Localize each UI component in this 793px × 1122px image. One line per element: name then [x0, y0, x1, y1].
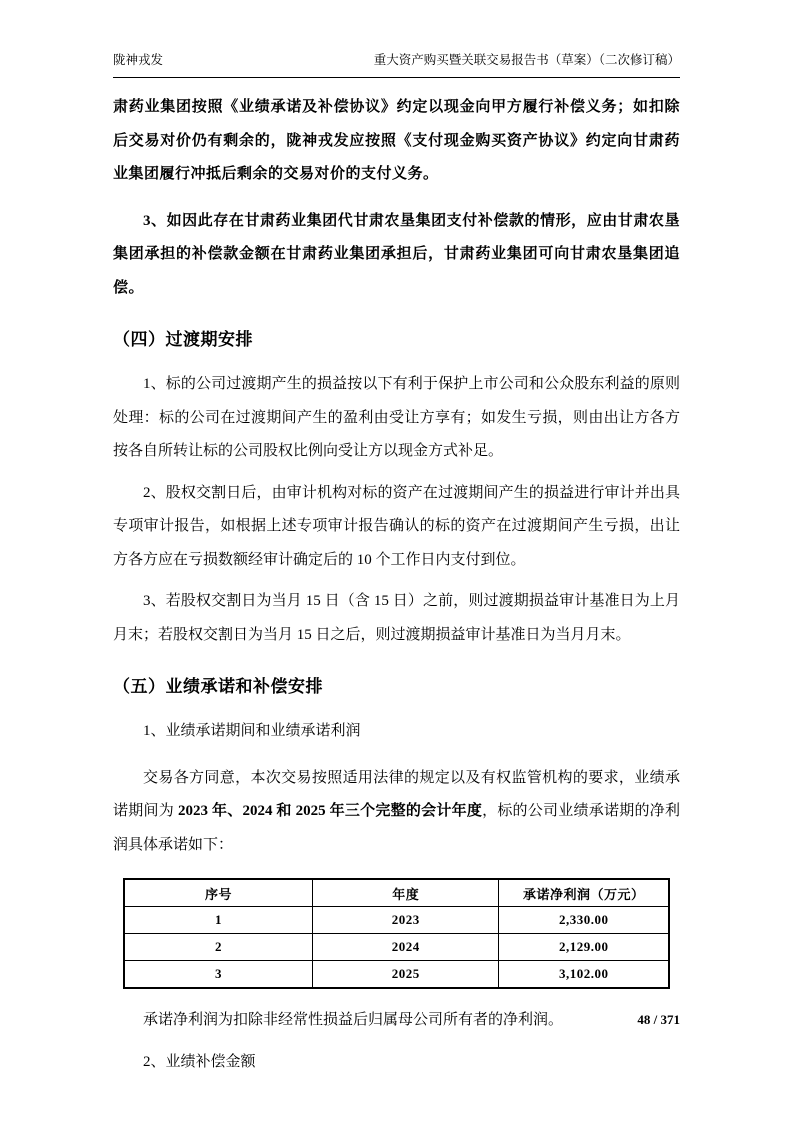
column-header-year: 年度 [313, 879, 499, 907]
section4-paragraph-2: 2、股权交割日后，由审计机构对标的资产在过渡期间产生的损益进行审计并出具专项审计… [113, 477, 680, 578]
carryover-paragraph: 肃药业集团按照《业绩承诺及补偿协议》约定以现金向甲方履行补偿义务；如扣除后交易对… [113, 91, 680, 192]
section5-paragraph-1-bold-span: 2023 年、2024 和 2025 年三个完整的会计年度 [178, 803, 482, 819]
table-row: 3 2025 3,102.00 [124, 961, 669, 989]
cell-seq: 3 [124, 961, 313, 989]
cell-profit: 2,330.00 [499, 907, 669, 934]
header-right-title: 重大资产购买暨关联交易报告书（草案）（二次修订稿） [374, 52, 680, 68]
section4-paragraph-1: 1、标的公司过渡期产生的损益按以下有利于保护上市公司和公众股东利益的原则处理：标… [113, 368, 680, 469]
item3-paragraph: 3、如因此存在甘肃药业集团代甘肃农垦集团支付补偿款的情形，应由甘肃农垦集团承担的… [113, 205, 680, 306]
cell-seq: 2 [124, 934, 313, 961]
section-4-heading: （四）过渡期安排 [113, 328, 680, 352]
section5-subitem-2: 2、业绩补偿金额 [113, 1046, 680, 1080]
cell-seq: 1 [124, 907, 313, 934]
table-row: 2 2024 2,129.00 [124, 934, 669, 961]
table-row: 1 2023 2,330.00 [124, 907, 669, 934]
section5-paragraph-1: 交易各方同意，本次交易按照适用法律的规定以及有权监管机构的要求，业绩承诺期间为 … [113, 762, 680, 863]
section5-subitem-1: 1、业绩承诺期间和业绩承诺利润 [113, 715, 680, 749]
header-left-title: 陇神戎发 [113, 52, 163, 68]
page-header: 陇神戎发 重大资产购买暨关联交易报告书（草案）（二次修订稿） [113, 0, 680, 78]
column-header-seq: 序号 [124, 879, 313, 907]
section4-paragraph-3: 3、若股权交割日为当月 15 日（含 15 日）之前，则过渡期损益审计基准日为上… [113, 585, 680, 652]
promised-profit-table: 序号 年度 承诺净利润（万元） 1 2023 2,330.00 2 2024 2… [123, 878, 670, 989]
column-header-profit: 承诺净利润（万元） [499, 879, 669, 907]
document-page: 陇神戎发 重大资产购买暨关联交易报告书（草案）（二次修订稿） 肃药业集团按照《业… [0, 0, 793, 1122]
page-number: 48 / 371 [637, 1012, 680, 1028]
cell-year: 2024 [313, 934, 499, 961]
cell-profit: 2,129.00 [499, 934, 669, 961]
cell-year: 2025 [313, 961, 499, 989]
section5-paragraph-2: 承诺净利润为扣除非经常性损益后归属母公司所有者的净利润。 [113, 1004, 680, 1038]
cell-profit: 3,102.00 [499, 961, 669, 989]
cell-year: 2023 [313, 907, 499, 934]
table-header-row: 序号 年度 承诺净利润（万元） [124, 879, 669, 907]
section-5-heading: （五）业绩承诺和补偿安排 [113, 675, 680, 699]
